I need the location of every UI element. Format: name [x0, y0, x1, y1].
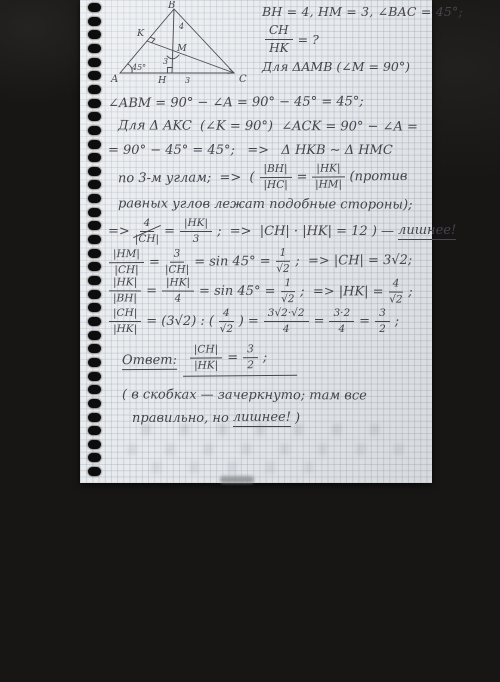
fraction-denominator: |HM|: [315, 177, 342, 190]
math-text: ;: [395, 314, 399, 329]
math-fraction: |HK|4: [162, 278, 194, 305]
math-text: ( в скобках — зачеркнуто; там все: [122, 388, 367, 404]
solution-line: |CH||HK|= (3√2) : (4√2) =3√2·√24=3·24=32…: [106, 308, 426, 335]
spiral-hole: [88, 290, 101, 299]
spiral-hole: [88, 467, 101, 476]
math-fraction: |HK||BH|: [109, 277, 141, 304]
spiral-hole: [88, 85, 101, 94]
fraction-numerator: |HK|: [109, 277, 141, 291]
header-row: A B C K M H 45° 4 3 3 BH = 4, HM = 3, ∠B…: [106, 1, 426, 89]
fraction-numerator: 3: [243, 344, 258, 358]
underlined-text: лишнее!: [398, 223, 456, 240]
math-text: =: [359, 314, 370, 329]
fraction-numerator: 4: [389, 279, 404, 293]
math-text: ) =: [239, 314, 259, 329]
math-fraction: |CH||HK|: [109, 308, 141, 335]
math-fraction: |CH||HK|: [190, 345, 222, 372]
spiral-hole: [88, 372, 101, 381]
spiral-hole: [88, 358, 101, 367]
spiral-hole: [88, 44, 101, 53]
fraction-denominator: 2: [379, 322, 386, 335]
spiral-hole: [88, 317, 101, 326]
math-fraction: |HK||HM|: [312, 163, 344, 190]
spiral-hole: [88, 413, 101, 422]
fraction-numerator: 3: [375, 308, 390, 322]
math-text: = ?: [298, 32, 319, 47]
angle-arc-m: [167, 55, 179, 59]
fraction-denominator: 4: [338, 322, 345, 335]
right-angle-mark-k: [150, 37, 155, 43]
math-text: =: [164, 224, 175, 239]
math-text: = sin 45° =: [194, 254, 271, 270]
spiral-binding: [80, 0, 106, 483]
math-text: =: [227, 350, 238, 365]
math-text: =: [149, 255, 160, 270]
math-fraction: |BH||HC|: [259, 164, 291, 191]
math-fraction: 4√2: [389, 279, 404, 306]
solution-line: ∠ABM = 90° − ∠A = 90° − 45° = 45°;: [106, 91, 426, 115]
fraction-numerator: |HK|: [180, 218, 212, 232]
fraction-numerator: |HM|: [109, 249, 144, 263]
spiral-hole: [88, 99, 101, 108]
spiral-hole: [88, 276, 101, 285]
math-fraction: |HM||CH|: [109, 249, 144, 276]
spiral-hole: [88, 17, 101, 26]
math-fraction: 3√2·√24: [264, 308, 309, 335]
math-fraction: 4√2: [219, 308, 234, 335]
fraction-denominator: |BH|: [113, 291, 137, 304]
fraction-denominator: |HK|: [113, 322, 137, 335]
spiral-hole: [88, 344, 101, 353]
spiral-hole: [88, 221, 101, 230]
spiral-hole: [88, 262, 101, 271]
spiral-hole: [88, 303, 101, 312]
spiral-hole: [88, 249, 101, 258]
math-text: ; => |CH| · |HK| = 12 ) —: [217, 224, 394, 239]
math-fraction: 3|CH|: [165, 249, 189, 276]
fraction-denominator: 2: [247, 358, 254, 371]
fraction-denominator: |CH|: [135, 232, 159, 245]
fraction-denominator: √2: [276, 262, 289, 275]
spiral-hole: [88, 30, 101, 39]
solution-line: по 3-м углам; => (|BH||HC|=|HK||HM|(прот…: [116, 163, 426, 192]
math-fraction: 32: [243, 344, 258, 371]
notebook-page: A B C K M H 45° 4 3 3 BH = 4, HM = 3, ∠B…: [80, 0, 432, 483]
math-text: ;: [408, 285, 412, 300]
fraction-denominator: HK: [269, 40, 288, 55]
fraction-numerator: 3: [170, 249, 185, 263]
solution-line: ( в скобках — зачеркнуто; там все: [120, 385, 426, 407]
ghost-writing: [140, 462, 342, 473]
spiral-hole: [88, 140, 101, 149]
solution-line: Ответ:|CH||HK|=32;: [120, 343, 426, 377]
spiral-hole: [88, 180, 101, 189]
math-text: = (3√2) : (: [146, 314, 214, 329]
angle-a-value: 45°: [131, 63, 146, 72]
solution-line: |HK||BH|=|HK|4= sin 45° =1√2; => |HK| =4…: [106, 277, 426, 305]
photo-background: A B C K M H 45° 4 3 3 BH = 4, HM = 3, ∠B…: [0, 0, 500, 682]
fraction-numerator: 3·2: [329, 308, 354, 322]
spiral-hole: [88, 126, 101, 135]
math-fraction: 1√2: [276, 248, 291, 275]
spiral-hole: [88, 426, 101, 435]
answer-equation: |CH||HK|=32;: [183, 344, 298, 377]
fraction-numerator: |BH|: [259, 164, 291, 178]
fraction-denominator: 4: [283, 322, 290, 335]
math-text: = 90° − 45° = 45°; => Δ HKB ∼ Δ HMC: [108, 143, 393, 158]
length-base-label: 3: [185, 76, 190, 85]
math-text: = sin 45° =: [199, 284, 276, 299]
math-text: ;: [263, 350, 268, 365]
point-label-h: H: [157, 75, 167, 86]
vertex-label-a: A: [110, 74, 118, 85]
math-text: ; => |HK| =: [300, 284, 383, 299]
fraction-denominator: |HK|: [194, 359, 218, 372]
fraction-denominator: 4: [175, 292, 182, 305]
math-text: (против: [349, 169, 407, 184]
spiral-hole: [88, 153, 101, 162]
point-label-k: K: [136, 28, 145, 39]
problem-find: CH HK = ?: [262, 24, 463, 54]
problem-given: BH = 4, HM = 3, ∠BAC = 45°;: [262, 4, 463, 19]
fraction-denominator: 3: [193, 232, 200, 245]
math-text: =>: [108, 224, 130, 239]
fraction-numerator: 1: [276, 248, 291, 262]
spiral-hole: [88, 58, 101, 67]
spiral-hole: [88, 453, 101, 462]
math-fraction: 32: [375, 308, 390, 335]
underlined-text: Ответ:: [122, 352, 177, 369]
vertex-label-b: B: [167, 1, 175, 11]
fraction-numerator: |HK|: [162, 278, 194, 292]
fraction-denominator: √2: [220, 322, 233, 335]
spiral-hole: [88, 3, 101, 12]
solution-line: =>4|CH|=|HK|3; => |CH| · |HK| = 12 ) —ли…: [106, 218, 426, 245]
spiral-hole: [88, 167, 101, 176]
fraction-numerator: |CH|: [190, 345, 222, 359]
math-text: по 3-м углам; => (: [118, 170, 255, 186]
fraction-numerator: |HK|: [312, 163, 344, 177]
spiral-hole: [88, 208, 101, 217]
triangle-diagram: A B C K M H 45° 4 3 3: [106, 1, 258, 89]
point-label-m: M: [176, 43, 187, 54]
math-text: Для Δ AKC (∠K = 90°) ∠ACK = 90° − ∠A =: [118, 118, 418, 134]
spiral-hole: [88, 331, 101, 340]
altitude-bh: [172, 9, 174, 73]
fraction-denominator: |HC|: [263, 178, 287, 191]
ghost-writing: [130, 424, 392, 435]
fraction-denominator: √2: [389, 293, 402, 306]
fraction-numerator: 4: [219, 308, 234, 322]
page-content: A B C K M H 45° 4 3 3 BH = 4, HM = 3, ∠B…: [106, 0, 426, 483]
spiral-hole: [88, 235, 101, 244]
fraction-denominator: |CH|: [114, 263, 138, 276]
spiral-hole: [88, 399, 101, 408]
problem-line-amb: Для ΔAMB (∠M = 90°): [262, 59, 463, 74]
length-bh-label: 4: [178, 22, 184, 31]
math-fraction: 3·24: [329, 308, 354, 335]
solution-line: |HM||CH|=3|CH|= sin 45° =1√2; => |CH| = …: [106, 247, 426, 277]
vertex-label-c: C: [239, 74, 247, 85]
math-text: =: [296, 170, 307, 185]
spiral-hole: [88, 112, 101, 121]
solution-line: Для Δ AKC (∠K = 90°) ∠ACK = 90° − ∠A =: [116, 115, 426, 137]
solution-line: равных углов лежат подобные стороны);: [116, 193, 426, 215]
fraction-denominator: |CH|: [165, 263, 189, 276]
math-text: ; => |CH| = 3√2;: [295, 253, 412, 269]
length-hm-label: 3: [163, 57, 168, 66]
solution-lines: ∠ABM = 90° − ∠A = 90° − 45° = 45°;Для Δ …: [106, 92, 426, 429]
math-fraction: CH HK: [265, 24, 293, 54]
math-text: ∠ABM = 90° − ∠A = 90° − 45° = 45°;: [108, 94, 364, 111]
fraction-denominator: √2: [281, 292, 294, 305]
ghost-writing: [116, 444, 406, 455]
spiral-hole: [88, 71, 101, 80]
fraction-numerator: 4: [140, 218, 155, 232]
fraction-numerator: CH: [265, 24, 293, 40]
math-fraction: 1√2: [280, 278, 295, 305]
fraction-numerator: |CH|: [109, 308, 141, 322]
solution-line: = 90° − 45° = 45°; => Δ HKB ∼ Δ HMC: [106, 140, 426, 161]
math-text: равных углов лежат подобные стороны);: [118, 196, 413, 212]
bottom-edge-smudge: [220, 476, 254, 483]
problem-statement: BH = 4, HM = 3, ∠BAC = 45°; CH HK = ? Дл…: [262, 1, 463, 89]
fraction-numerator: 3√2·√2: [264, 308, 309, 322]
math-fraction-struck: 4|CH|: [135, 218, 159, 245]
spiral-hole: [88, 194, 101, 203]
fraction-numerator: 1: [280, 278, 295, 292]
spiral-hole: [88, 440, 101, 449]
cevian-ck: [147, 41, 234, 73]
math-text: =: [146, 284, 157, 299]
math-fraction: |HK|3: [180, 218, 212, 245]
math-text: =: [314, 314, 325, 329]
spiral-hole: [88, 385, 101, 394]
